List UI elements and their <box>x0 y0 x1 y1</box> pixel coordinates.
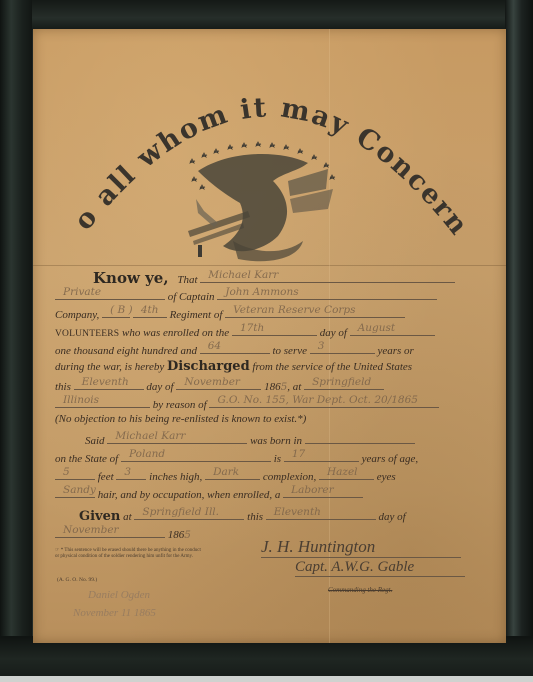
commanding-label: Commanding the Regt. <box>328 586 392 594</box>
line-company: Company, ( B ) 4th Regiment of Veteran R… <box>55 305 486 323</box>
discharge-place2-value: Illinois <box>63 394 99 406</box>
given-heading: Given <box>79 509 120 524</box>
form-number: (A. G. O. No. 99.) <box>57 577 97 583</box>
from-service-label: from the service of the United States <box>252 361 412 373</box>
pencil-note-line2: November 11 1865 <box>73 607 156 619</box>
said-label: Said <box>85 435 105 447</box>
discharge-certificate: To all whom it may Concern. <box>33 29 506 643</box>
soldier-name-value: Michael Karr <box>208 269 278 281</box>
eagle-vignette-icon <box>178 141 348 266</box>
discharge-day-field: Eleventh <box>74 377 144 390</box>
company-field: ( B ) <box>102 305 130 318</box>
inches-field: 3 <box>116 467 146 480</box>
given-day-value: Eleventh <box>274 506 321 518</box>
said-name-value: Michael Karr <box>115 430 185 442</box>
given-this-label: this <box>247 511 263 523</box>
day-of-label: day of <box>320 327 347 339</box>
line-occupation: Sandy hair, and by occupation, when enro… <box>55 485 486 503</box>
line-know-ye: Know ye, That Michael Karr <box>55 269 486 287</box>
complexion-label: complexion, <box>263 471 316 483</box>
line-discharge-date: this Eleventh day of November 1865, at S… <box>55 377 486 395</box>
feet-label: feet <box>98 471 114 483</box>
discharged-heading: Discharged <box>167 359 250 374</box>
regiment-number-field: 4th <box>133 305 167 318</box>
at-label: , at <box>287 381 301 393</box>
objection-text: (No objection to his being re-enlisted i… <box>55 413 306 425</box>
line-state: on the State of Poland is 17 years of ag… <box>55 449 486 467</box>
inches-value: 3 <box>124 466 131 478</box>
day-of-label-2: day of <box>146 381 173 393</box>
term-years-value: 3 <box>318 340 325 352</box>
signature-huntington: J. H. Huntington <box>261 537 461 558</box>
discharge-month-value: November <box>184 376 240 388</box>
hair-occupation-label: hair, and by occupation, when enrolled, … <box>98 489 281 501</box>
enrolled-year-value: 64 <box>208 340 221 352</box>
company-value: ( B ) <box>110 304 133 316</box>
enrolled-day-value: 17th <box>240 322 264 334</box>
line-given: Given at Springfield Ill. this Eleventh … <box>55 507 486 525</box>
line-physical: 5 feet 3 inches high, Dark complexion, H… <box>55 467 486 485</box>
enrolled-month-value: August <box>358 322 395 334</box>
company-label: Company, <box>55 309 99 321</box>
to-serve-label: to serve <box>272 345 307 357</box>
rank-field: Private <box>55 287 165 300</box>
state-field: Poland <box>121 449 271 462</box>
line-reason: Illinois by reason of G.O. No. 155, War … <box>55 395 486 413</box>
pencil-note-line1: Daniel Ogden <box>88 589 150 601</box>
inches-label: inches high, <box>149 471 202 483</box>
complexion-value: Dark <box>213 466 239 478</box>
discharge-place-field: Springfield <box>304 377 384 390</box>
line-objection: (No objection to his being re-enlisted i… <box>55 413 486 431</box>
given-place-value: Springfield Ill. <box>142 506 219 518</box>
state-value: Poland <box>129 448 165 460</box>
line-enrolled: VOLUNTEERS who was enrolled on the 17th … <box>55 323 486 341</box>
by-reason-label: by reason of <box>153 399 207 411</box>
hair-value: Sandy <box>63 484 96 496</box>
of-captain-label: of Captain <box>168 291 215 303</box>
hair-field: Sandy <box>55 485 95 498</box>
discharge-year-value: 5 <box>281 381 288 393</box>
rank-value: Private <box>63 286 101 298</box>
said-name-field: Michael Karr <box>107 431 247 444</box>
line-enrolled-year: one thousand eight hundred and 64 to ser… <box>55 341 486 359</box>
given-year-prefix: 186 <box>168 529 185 541</box>
wall-background <box>0 676 533 682</box>
born-in-label: was born in <box>250 435 302 447</box>
that-label: That <box>177 274 197 286</box>
regiment-value: Veteran Reserve Corps <box>233 304 355 316</box>
feet-value: 5 <box>63 466 70 478</box>
captain-value: John Ammons <box>225 286 298 298</box>
discharge-place2-field: Illinois <box>55 395 150 408</box>
line-said: Said Michael Karr was born in <box>55 431 486 449</box>
picture-frame: To all whom it may Concern. <box>0 0 533 682</box>
age-field: 17 <box>284 449 359 462</box>
state-of-label: on the State of <box>55 453 118 465</box>
regiment-number-value: 4th <box>141 304 159 316</box>
discharge-month-field: November <box>176 377 261 390</box>
line-rank: Private of Captain John Ammons <box>55 287 486 305</box>
captain-field: John Ammons <box>217 287 437 300</box>
soldier-name-field: Michael Karr <box>200 270 455 283</box>
footnote-text: ☞ * This sentence will be erased should … <box>55 548 205 560</box>
given-place-field: Springfield Ill. <box>134 507 244 520</box>
year-prefix-186: 186 <box>264 381 281 393</box>
years-of-age-label: years of age, <box>362 453 419 465</box>
regiment-label: Regiment of <box>170 309 223 321</box>
occupation-value: Laborer <box>291 484 334 496</box>
birthplace-field <box>305 431 415 444</box>
years-or-label: years or <box>377 345 413 357</box>
during-war-label: during the war, is hereby <box>55 361 164 373</box>
given-day-of-label: day of <box>379 511 406 523</box>
eyes-value: Hazel <box>327 466 358 478</box>
this-label: this <box>55 381 71 393</box>
regiment-field: Veteran Reserve Corps <box>225 305 405 318</box>
know-ye-heading: Know ye, <box>93 269 169 287</box>
enrolled-month-field: August <box>350 323 435 336</box>
feet-field: 5 <box>55 467 95 480</box>
enrolled-year-field: 64 <box>200 341 270 354</box>
term-years-field: 3 <box>310 341 375 354</box>
line-discharged: during the war, is hereby Discharged fro… <box>55 359 486 377</box>
is-label: is <box>274 453 281 465</box>
reason-value: G.O. No. 155, War Dept. Oct. 20/1865 <box>217 394 417 406</box>
eyes-label: eyes <box>377 471 396 483</box>
occupation-field: Laborer <box>283 485 363 498</box>
given-at-label: at <box>123 511 132 523</box>
frame-left-rail <box>0 0 32 682</box>
frame-right-rail <box>505 0 533 682</box>
enrolled-day-field: 17th <box>232 323 317 336</box>
eyes-field: Hazel <box>319 467 374 480</box>
discharge-place-value: Springfield <box>312 376 371 388</box>
given-day-field: Eleventh <box>266 507 376 520</box>
age-value: 17 <box>292 448 305 460</box>
volunteers-label: VOLUNTEERS <box>55 329 119 339</box>
discharge-day-value: Eleventh <box>82 376 129 388</box>
reason-field: G.O. No. 155, War Dept. Oct. 20/1865 <box>209 395 439 408</box>
given-month-field: November <box>55 525 165 538</box>
given-year-value: 5 <box>184 529 191 541</box>
year-prefix-label: one thousand eight hundred and <box>55 345 197 357</box>
enrolled-label: who was enrolled on the <box>122 327 229 339</box>
given-month-value: November <box>63 524 119 536</box>
frame-top-rail <box>0 0 533 30</box>
complexion-field: Dark <box>205 467 260 480</box>
signature-commanding-officer: Capt. A.W.G. Gable <box>295 559 465 577</box>
